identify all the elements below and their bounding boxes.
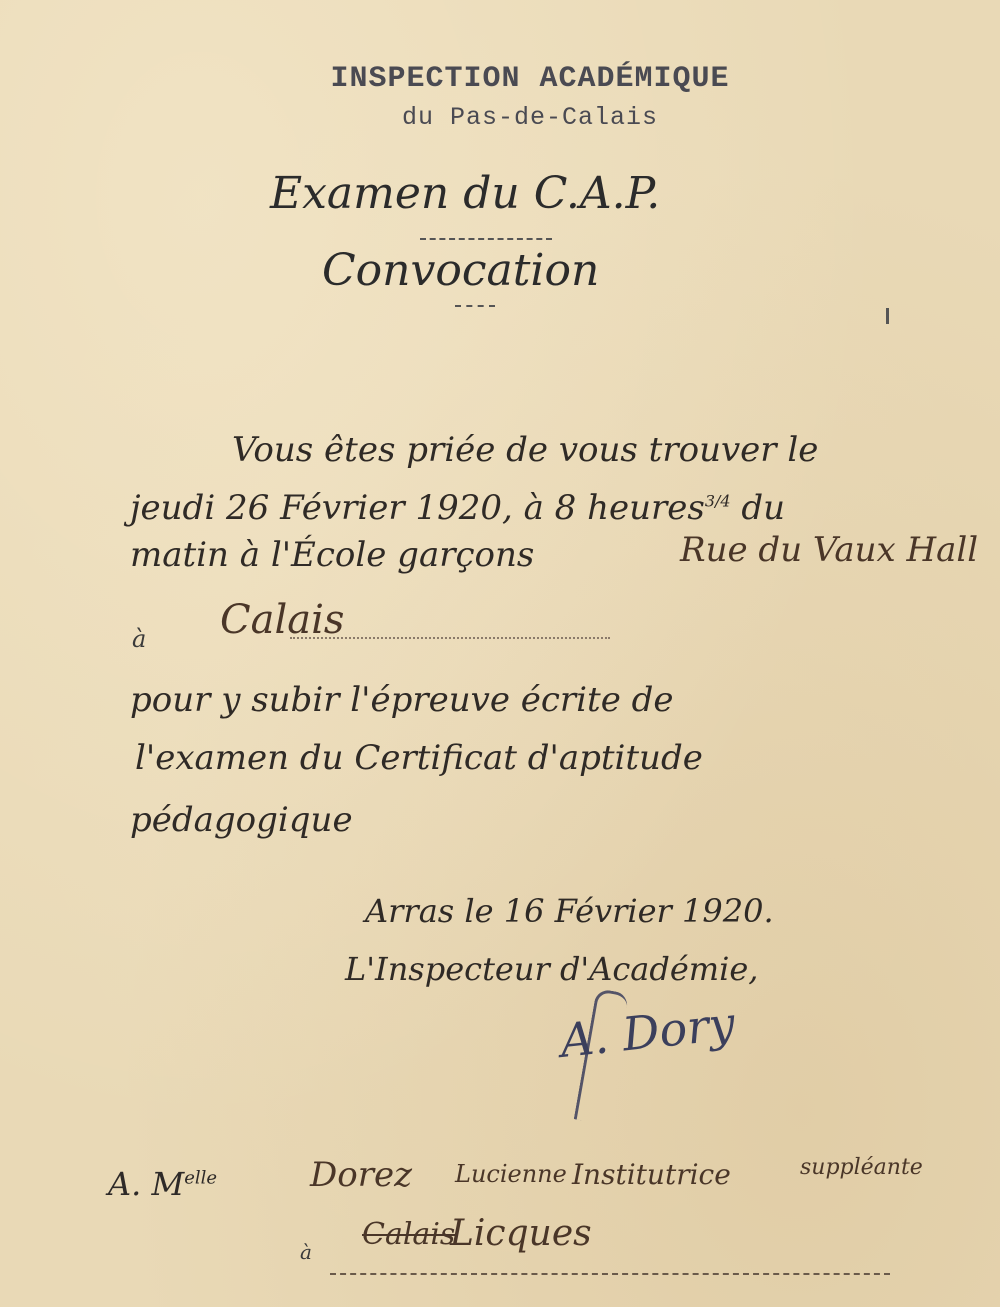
ink-mark	[886, 308, 889, 324]
recipient-city-prefix: à	[300, 1240, 312, 1264]
street-address: Rue du Vaux Hall	[680, 530, 978, 570]
time-fraction: 3/4	[705, 492, 731, 511]
meeting-location: matin à l'École garçons	[130, 535, 534, 575]
body-line-2: jeudi 26 Février 1920, à 8 heures3/4 du	[130, 488, 785, 528]
stamp-department: du Pas-de-Calais	[0, 103, 1000, 132]
recipient-city-underline	[330, 1273, 890, 1275]
signatory-title: L'Inspecteur d'Académie,	[345, 950, 758, 988]
city-fill-dots	[290, 637, 610, 639]
body-line-7: pédagogique	[130, 800, 353, 840]
title-divider	[420, 238, 552, 240]
subtitle-divider	[455, 305, 495, 307]
city-prefix: à	[132, 625, 146, 653]
stamp-inspection-academique: INSPECTION ACADÉMIQUE	[0, 62, 1000, 96]
recipient-line-1: A. Melle	[108, 1165, 217, 1203]
body-line-1: Vous êtes priée de vous trouver le	[232, 430, 818, 470]
recipient-prefix: A. M	[108, 1165, 184, 1203]
document-subtitle: Convocation	[322, 245, 599, 296]
recipient-role: Institutrice	[572, 1158, 731, 1191]
recipient-first-name: Lucienne	[455, 1160, 567, 1188]
struck-city: Calais	[362, 1217, 455, 1252]
document-page: INSPECTION ACADÉMIQUE du Pas-de-Calais E…	[0, 0, 1000, 1307]
meeting-date: jeudi 26 Février 1920, à 8 heures	[130, 488, 705, 528]
body-line-5: pour y subir l'épreuve écrite de	[130, 680, 674, 720]
body-line-3: matin à l'École garçons	[130, 535, 534, 575]
place-and-date: Arras le 16 Février 1920.	[365, 892, 774, 930]
body-line-2-end: du	[731, 488, 785, 528]
body-line-6: l'examen du Certificat d'aptitude	[135, 738, 703, 778]
recipient-title-sup: elle	[184, 1167, 217, 1188]
recipient-city: Licques	[450, 1213, 592, 1254]
recipient-surname: Dorez	[310, 1155, 412, 1195]
recipient-role-suffix: suppléante	[800, 1155, 923, 1180]
signature: A. Dory	[558, 996, 738, 1068]
document-title: Examen du C.A.P.	[270, 168, 660, 219]
